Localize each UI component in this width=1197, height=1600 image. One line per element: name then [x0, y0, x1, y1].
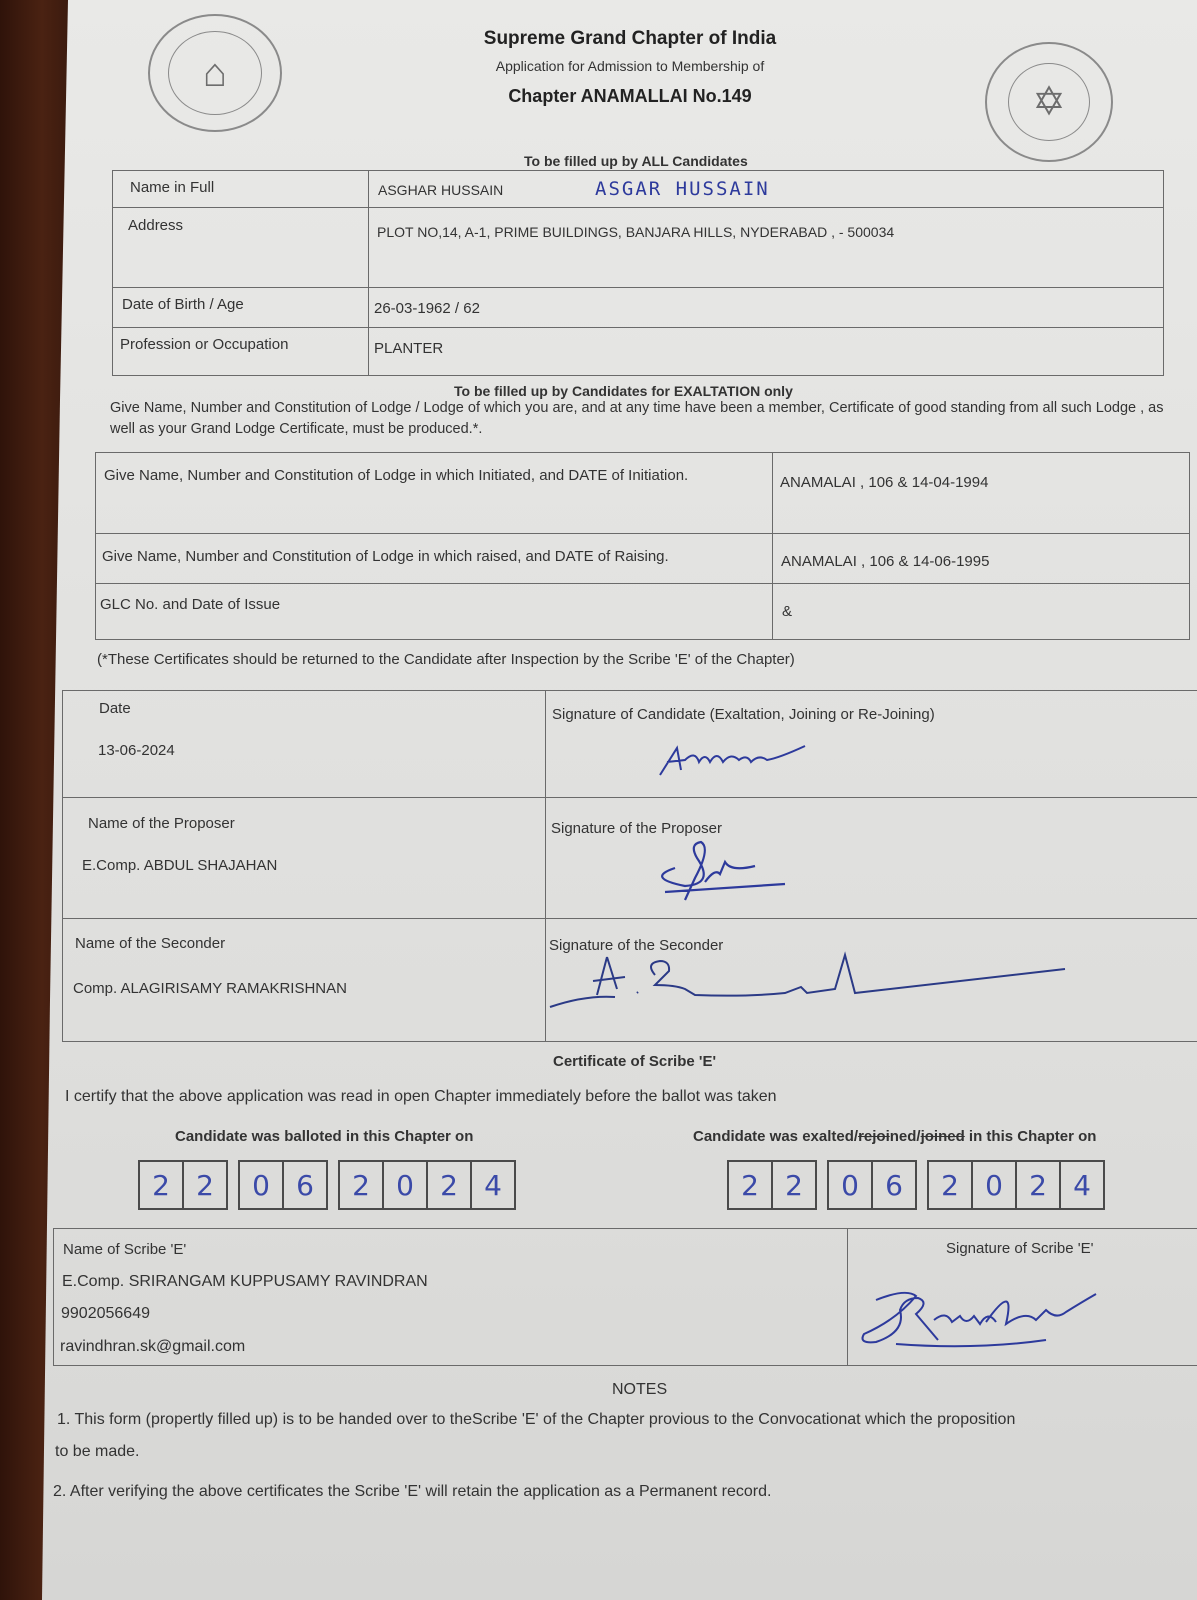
balloted-month-digit: 6 — [282, 1160, 328, 1210]
note-1-continued: to be made. — [55, 1443, 140, 1461]
note-1: 1. This form (propertly filled up) is to… — [57, 1411, 1015, 1429]
application-form-paper: ⌂ ✡ Supreme Grand Chapter of India Appli… — [0, 0, 1197, 1600]
scribe-name-value: E.Comp. SRIRANGAM KUPPUSAMY RAVINDRAN — [62, 1273, 428, 1291]
balloted-year-digit: 2 — [426, 1160, 472, 1210]
exalted-year-digit: 2 — [927, 1160, 973, 1210]
scribe-email: ravindhran.sk@gmail.com — [60, 1338, 245, 1356]
note-2: 2. After verifying the above certificate… — [53, 1483, 771, 1501]
candidate-signature-label: Signature of Candidate (Exaltation, Join… — [552, 706, 935, 723]
certificates-footnote: (*These Certificates should be returned … — [97, 651, 795, 668]
initiation-value: ANAMALAI , 106 & 14-04-1994 — [780, 474, 988, 491]
seconder-value: Comp. ALAGIRISAMY RAMAKRISHNAN — [73, 980, 347, 997]
glc-value: & — [782, 603, 792, 620]
section-all-heading: To be filled up by ALL Candidates — [524, 153, 748, 169]
glc-label: GLC No. and Date of Issue — [100, 596, 280, 613]
exalted-month-digit: 6 — [871, 1160, 917, 1210]
balloted-year-digit: 0 — [382, 1160, 428, 1210]
raising-label: Give Name, Number and Constitution of Lo… — [102, 548, 669, 565]
balloted-year-digit: 4 — [470, 1160, 516, 1210]
dob-age-value: 26-03-1962 / 62 — [374, 300, 480, 317]
raising-value: ANAMALAI , 106 & 14-06-1995 — [781, 553, 989, 570]
dob-age-label: Date of Birth / Age — [122, 296, 244, 313]
form-title: Supreme Grand Chapter of India — [420, 28, 840, 50]
proposer-value: E.Comp. ABDUL SHAJAHAN — [82, 857, 277, 874]
exalted-day-digit: 2 — [727, 1160, 773, 1210]
exalted-year-digit: 2 — [1015, 1160, 1061, 1210]
regional-grand-chapter-seal-icon: ✡ — [985, 42, 1113, 162]
initiation-label: Give Name, Number and Constitution of Lo… — [104, 462, 764, 490]
exalted-label: Candidate was exalted/rejoined/joined in… — [693, 1128, 1096, 1145]
section-exaltation-heading: To be filled up by Candidates for EXALTA… — [454, 383, 793, 399]
name-in-full-handwritten: ASGAR HUSSAIN — [595, 178, 770, 200]
balloted-day-digit: 2 — [138, 1160, 184, 1210]
date-value: 13-06-2024 — [98, 742, 175, 759]
exalted-year-digit: 0 — [971, 1160, 1017, 1210]
exalted-date-boxes: 2 2 0 6 2 0 2 4 — [729, 1160, 1105, 1210]
seconder-signature — [545, 945, 1075, 1015]
candidate-signature — [655, 740, 825, 780]
balloted-month-digit: 0 — [238, 1160, 284, 1210]
proposer-signature — [645, 838, 795, 908]
address-label: Address — [128, 217, 183, 234]
supreme-grand-chapter-seal-icon: ⌂ — [148, 14, 282, 132]
name-in-full-value: ASGHAR HUSSAIN — [378, 182, 503, 198]
scribe-certificate-statement: I certify that the above application was… — [65, 1088, 777, 1106]
scribe-certificate-heading: Certificate of Scribe 'E' — [553, 1053, 716, 1070]
chapter-name: Chapter ANAMALLAI No.149 — [420, 86, 840, 107]
proposer-signature-label: Signature of the Proposer — [551, 820, 722, 837]
name-in-full-label: Name in Full — [130, 179, 214, 196]
seconder-label: Name of the Seconder — [75, 935, 225, 952]
notes-heading: NOTES — [612, 1381, 667, 1399]
profession-value: PLANTER — [374, 340, 443, 357]
scribe-signature — [856, 1280, 1116, 1350]
exalted-month-digit: 0 — [827, 1160, 873, 1210]
balloted-label: Candidate was balloted in this Chapter o… — [175, 1128, 473, 1145]
scribe-name-label: Name of Scribe 'E' — [63, 1241, 186, 1258]
profession-label: Profession or Occupation — [120, 336, 288, 353]
scribe-phone: 9902056649 — [61, 1305, 150, 1323]
exalted-year-digit: 4 — [1059, 1160, 1105, 1210]
balloted-date-boxes: 2 2 0 6 2 0 2 4 — [140, 1160, 516, 1210]
exalted-day-digit: 2 — [771, 1160, 817, 1210]
exaltation-instructions: Give Name, Number and Constitution of Lo… — [110, 398, 1170, 440]
proposer-label: Name of the Proposer — [88, 815, 235, 832]
date-label: Date — [99, 700, 131, 717]
balloted-year-digit: 2 — [338, 1160, 384, 1210]
scribe-signature-label: Signature of Scribe 'E' — [946, 1240, 1093, 1257]
balloted-day-digit: 2 — [182, 1160, 228, 1210]
form-subtitle: Application for Admission to Membership … — [420, 58, 840, 74]
address-value: PLOT NO,14, A-1, PRIME BUILDINGS, BANJAR… — [377, 224, 894, 240]
